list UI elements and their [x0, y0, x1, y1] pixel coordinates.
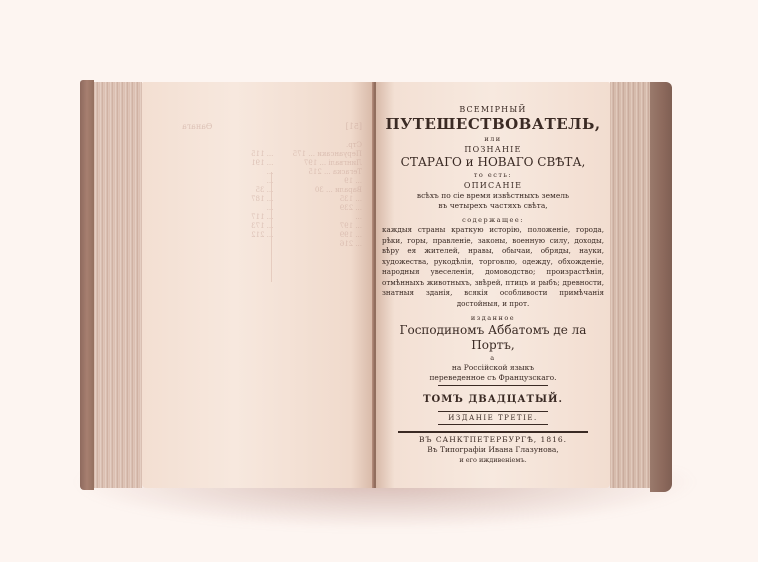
bleed-line: Варали ... 30: [276, 186, 362, 195]
description-line-1: всѣхъ по сіе время извѣстныхъ земель: [376, 191, 610, 201]
bleed-col-right: ... 115 ... 191 ... ... ... 35 ... 187 .…: [187, 150, 273, 240]
bleed-line: ...: [187, 168, 273, 177]
subtitle-line-2: СТАРАГО и НОВАГО СВѢТА,: [376, 155, 610, 170]
and-line: а: [376, 353, 610, 363]
description-heading: ОПИСАНІЕ: [376, 180, 610, 191]
bleed-line: Лингвалі ... 197: [276, 159, 362, 168]
bleed-line: ...: [187, 204, 273, 213]
photo-scene: [51] Ѳанага Стр. Перуансаки ... 175 Линг…: [0, 0, 758, 562]
bleed-header-right: Ѳанага: [182, 122, 212, 131]
bleed-line: ... 199: [276, 231, 362, 240]
title-line-1: ВСЕМІРНЫЙ: [376, 104, 610, 115]
page-block-right: [610, 82, 652, 488]
edition-label: ИЗДАНІЕ ТРЕТІЕ.: [376, 414, 610, 422]
containing-label: содержащее:: [376, 215, 610, 225]
bleed-through-text: [51] Ѳанага Стр. Перуансаки ... 175 Линг…: [182, 122, 362, 249]
bleed-line: ... 117: [187, 213, 273, 222]
bleed-line: ... 173: [187, 222, 273, 231]
divider-rule: [438, 411, 548, 412]
subtitle-line-1: ПОЗНАНІЕ: [376, 144, 610, 155]
contents-paragraph: каждыя страны краткую исторію, положеніе…: [376, 225, 610, 309]
author-line: Господиномъ Аббатомъ де ла Портъ,: [376, 323, 610, 353]
imprint-printer: Въ Типографіи Ивана Глазунова,: [376, 445, 610, 455]
main-title: ПУТЕШЕСТВОВАТЕЛЬ,: [376, 115, 610, 134]
divider-rule: [438, 385, 548, 386]
bleed-line: ... 135: [276, 195, 362, 204]
published-label: изданное: [376, 313, 610, 323]
bleed-line: ... 35: [187, 186, 273, 195]
bleed-column-rule: [271, 172, 272, 282]
book-cover-right: [650, 82, 672, 492]
bleed-col-left: Перуансаки ... 175 Лингвалі ... 197 Тега…: [276, 150, 362, 249]
bleed-header-left: [51]: [346, 122, 362, 131]
title-line-that-is: то есть:: [376, 170, 610, 180]
bleed-line: ...: [187, 177, 273, 186]
imprint-expense: и его иждивеніемъ.: [376, 455, 610, 465]
bleed-line: ... 115: [187, 150, 273, 159]
bleed-line: ... 197: [276, 222, 362, 231]
title-page: ВСЕМІРНЫЙ ПУТЕШЕСТВОВАТЕЛЬ, или ПОЗНАНІЕ…: [376, 82, 610, 488]
bleed-col-header: Стр.: [182, 141, 362, 150]
bleed-line: Тегаска ... 215: [276, 168, 362, 177]
imprint-city-year: ВЪ САНКТПЕТЕРБУРГѢ, 1816.: [376, 435, 610, 445]
description-line-2: въ четырехъ частяхъ свѣта,: [376, 201, 610, 211]
page-block-left: [94, 82, 142, 488]
volume-title: ТОМЪ ДВАДЦАТЫЙ.: [376, 394, 610, 405]
book-cover-left: [80, 80, 94, 490]
bleed-line: ... 212: [187, 231, 273, 240]
bleed-line: ... 187: [187, 195, 273, 204]
bleed-line: ... 239: [276, 204, 362, 213]
translation-line-1: на Россійской языкъ: [376, 363, 610, 373]
title-page-text: ВСЕМІРНЫЙ ПУТЕШЕСТВОВАТЕЛЬ, или ПОЗНАНІЕ…: [376, 104, 610, 465]
bleed-line: ...: [276, 213, 362, 222]
bleed-line: ... 216: [276, 240, 362, 249]
divider-rule: [438, 424, 548, 425]
translation-line-2: переведенное съ Французскаго.: [376, 373, 610, 383]
bleed-line: ... 191: [187, 159, 273, 168]
bleed-line: Перуансаки ... 175: [276, 150, 362, 159]
imprint-rule: [398, 431, 588, 433]
left-page: [51] Ѳанага Стр. Перуансаки ... 175 Линг…: [142, 82, 374, 488]
bleed-line: ... 19: [276, 177, 362, 186]
title-line-or: или: [376, 134, 610, 144]
